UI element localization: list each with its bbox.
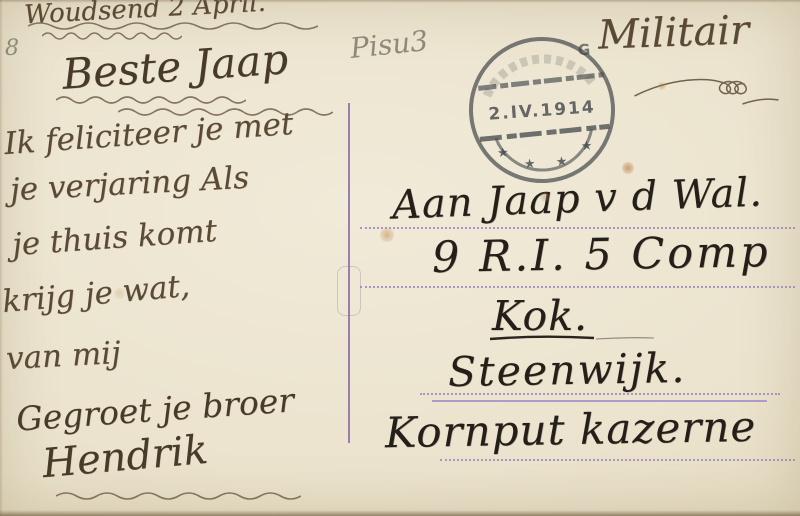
postmark-arc-letter: G	[577, 41, 591, 60]
address-line: Aan Jaap v d Wal.	[391, 170, 763, 229]
foxing-spot	[540, 192, 550, 202]
postmark-star-icon: ★	[580, 139, 593, 155]
address-ruling	[360, 286, 795, 288]
postmark-star-icon: ★	[555, 154, 568, 170]
message-greeting: Beste Jaap	[61, 34, 290, 99]
flourish-underline	[56, 490, 301, 500]
card-edge-bottom	[0, 510, 800, 516]
flourish-loops	[628, 66, 793, 110]
flourish-underline	[56, 94, 246, 104]
message-closing: Gegroet je broer	[15, 380, 295, 438]
postmark-townname-smudge	[485, 55, 593, 95]
message-line: krijg je wat,	[1, 268, 191, 320]
address-line: Kok.	[492, 292, 588, 340]
message-line: je verjaring Als	[9, 160, 250, 208]
foxing-spot	[658, 82, 666, 90]
postmark-star-icon: ★	[523, 157, 536, 173]
card-edge-top	[0, 0, 800, 3]
foxing-spot	[622, 162, 634, 174]
postcard-back: Woudsend 2 April. 8 Beste Jaap Ik felici…	[0, 0, 800, 516]
message-signature: Hendrik	[40, 427, 209, 487]
flourish-underline	[42, 30, 182, 40]
address-ruling	[420, 393, 780, 395]
flourish-underline	[28, 20, 318, 30]
address-line: Steenwijk.	[448, 344, 687, 396]
foxing-spot	[380, 228, 394, 242]
address-ruling	[440, 459, 795, 461]
postmark-date: 2.IV.1914	[488, 97, 596, 124]
foxing-spot	[114, 288, 125, 299]
postmark-star-icon: ★	[497, 145, 510, 161]
address-line: Kornput kazerne	[385, 402, 757, 457]
card-edge-left	[0, 0, 3, 516]
address-line: 9 R.I. 5 Comp	[432, 227, 771, 283]
message-line: je thuis komt	[11, 213, 218, 263]
message-line: van mij	[5, 335, 121, 377]
embossed-ornament	[337, 266, 361, 316]
militair-label: Militair	[597, 7, 750, 58]
pencil-number: 8	[5, 36, 19, 61]
ink-underline	[488, 334, 658, 344]
pencil-code: Pisu3	[348, 24, 429, 65]
postmark-stamp: 2.IV.1914 G ★ ★ ★ ★	[461, 29, 623, 191]
